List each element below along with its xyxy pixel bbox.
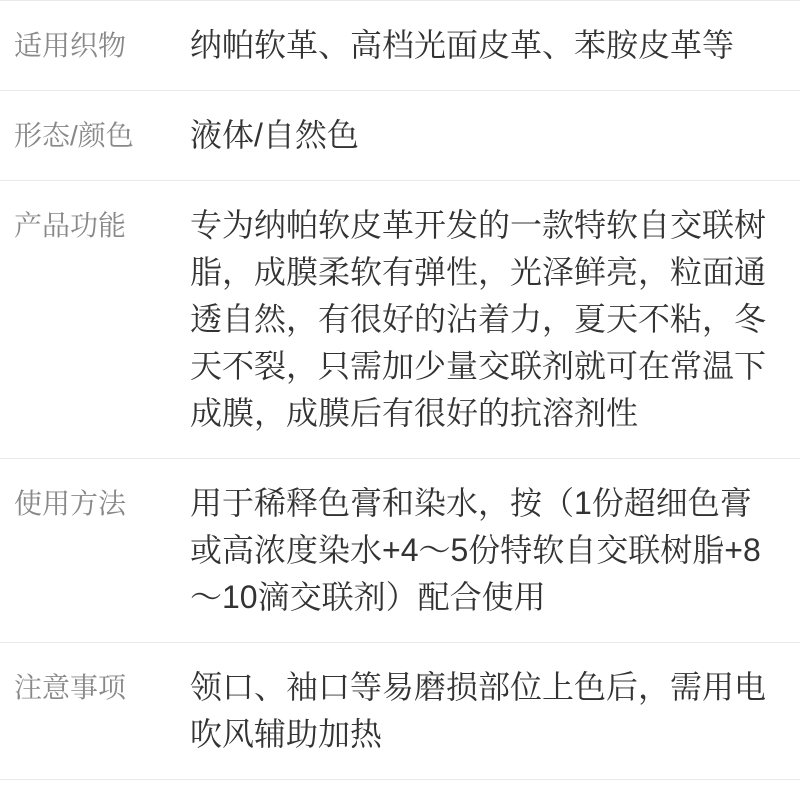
spec-value-fabric: 纳帕软革、高档光面皮革、苯胺皮革等 bbox=[190, 22, 770, 69]
spec-row-usage: 使用方法 用于稀释色膏和染水，按（1份超细色膏或高浓度染水+4～5份特软自交联树… bbox=[0, 459, 800, 643]
product-spec-table: 适用织物 纳帕软革、高档光面皮革、苯胺皮革等 形态/颜色 液体/自然色 产品功能… bbox=[0, 0, 800, 795]
spec-value-function: 专为纳帕软皮革开发的一款特软自交联树脂，成膜柔软有弹性，光泽鲜亮，粒面通透自然，… bbox=[190, 202, 770, 437]
spec-row-fabric: 适用织物 纳帕软革、高档光面皮革、苯胺皮革等 bbox=[0, 1, 800, 91]
spec-label-form-color: 形态/颜色 bbox=[14, 112, 190, 159]
spec-row-precautions: 注意事项 领口、袖口等易磨损部位上色后，需用电吹风辅助加热 bbox=[0, 643, 800, 780]
spec-value-form-color: 液体/自然色 bbox=[190, 112, 770, 159]
spec-label-usage: 使用方法 bbox=[14, 480, 190, 527]
spec-label-precautions: 注意事项 bbox=[14, 664, 190, 711]
spec-row-form-color: 形态/颜色 液体/自然色 bbox=[0, 91, 800, 181]
next-row-partial bbox=[0, 780, 800, 795]
spec-value-precautions: 领口、袖口等易磨损部位上色后，需用电吹风辅助加热 bbox=[190, 664, 770, 758]
spec-label-fabric: 适用织物 bbox=[14, 22, 190, 69]
spec-label-function: 产品功能 bbox=[14, 202, 190, 249]
spec-value-usage: 用于稀释色膏和染水，按（1份超细色膏或高浓度染水+4～5份特软自交联树脂+8～1… bbox=[190, 480, 770, 621]
spec-row-function: 产品功能 专为纳帕软皮革开发的一款特软自交联树脂，成膜柔软有弹性，光泽鲜亮，粒面… bbox=[0, 181, 800, 459]
